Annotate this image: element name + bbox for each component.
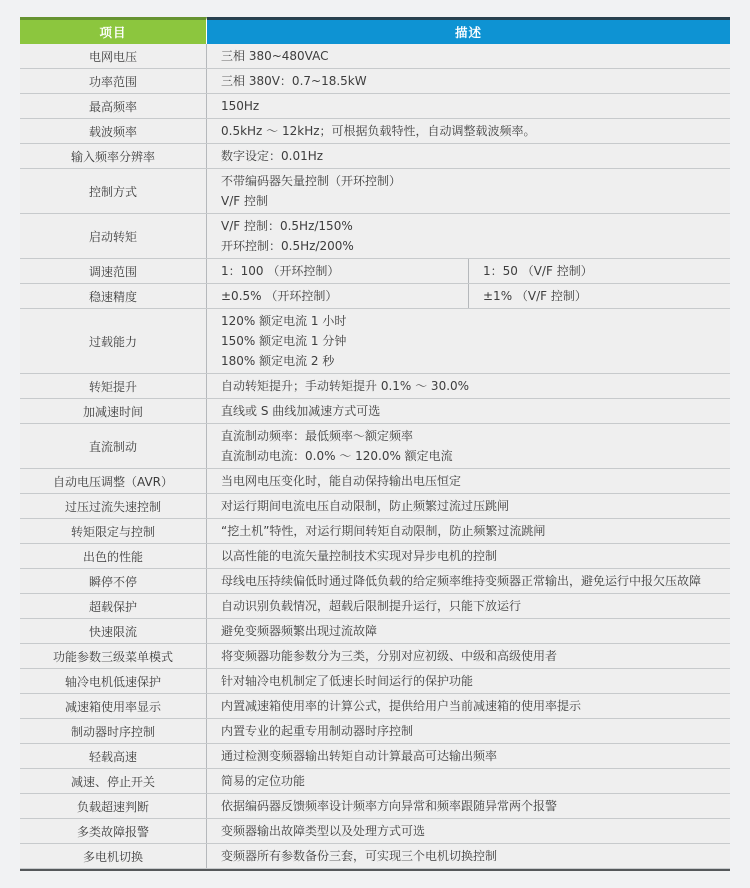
table-row: 多电机切换变频器所有参数备份三套，可实现三个电机切换控制 xyxy=(20,844,730,869)
desc-line: 直流制动电流：0.0% ～ 120.0% 额定电流 xyxy=(221,446,730,466)
desc-cell: 避免变频器频繁出现过流故障 xyxy=(207,619,730,643)
table-body: 电网电压三相 380~480VAC功率范围三相 380V：0.7~18.5kW最… xyxy=(20,44,730,871)
desc-cell: V/F 控制：0.5Hz/150%开环控制：0.5Hz/200% xyxy=(207,214,730,258)
item-cell: 轴冷电机低速保护 xyxy=(20,669,207,693)
table-row: 负载超速判断依据编码器反馈频率设计频率方向异常和频率跟随异常两个报警 xyxy=(20,794,730,819)
item-cell: 快速限流 xyxy=(20,619,207,643)
desc-cell: 变频器输出故障类型以及处理方式可选 xyxy=(207,819,730,843)
desc-cell: 以高性能的电流矢量控制技术实现对异步电机的控制 xyxy=(207,544,730,568)
desc-subcell-left: ±0.5% （开环控制） xyxy=(207,284,468,308)
desc-subcell-left: 1：100 （开环控制） xyxy=(207,259,468,283)
table-row: 轴冷电机低速保护针对轴冷电机制定了低速长时间运行的保护功能 xyxy=(20,669,730,694)
desc-line: 0.5kHz ～ 12kHz；可根据负载特性，自动调整载波频率。 xyxy=(221,121,730,141)
desc-line: 内置专业的起重专用制动器时序控制 xyxy=(221,721,730,741)
desc-line: 通过检测变频器输出转矩自动计算最高可达输出频率 xyxy=(221,746,730,766)
desc-cell: 直流制动频率：最低频率～额定频率直流制动电流：0.0% ～ 120.0% 额定电… xyxy=(207,424,730,468)
table-row: 直流制动直流制动频率：最低频率～额定频率直流制动电流：0.0% ～ 120.0%… xyxy=(20,424,730,469)
table-row: 自动电压调整（AVR）当电网电压变化时，能自动保持输出电压恒定 xyxy=(20,469,730,494)
desc-cell: 简易的定位功能 xyxy=(207,769,730,793)
item-cell: 出色的性能 xyxy=(20,544,207,568)
desc-cell: 内置专业的起重专用制动器时序控制 xyxy=(207,719,730,743)
item-cell: 转矩限定与控制 xyxy=(20,519,207,543)
desc-cell: 不带编码器矢量控制（开环控制）V/F 控制 xyxy=(207,169,730,213)
spec-table: 项目 描述 电网电压三相 380~480VAC功率范围三相 380V：0.7~1… xyxy=(20,17,730,871)
desc-cell: 直线或 S 曲线加减速方式可选 xyxy=(207,399,730,423)
item-cell: 调速范围 xyxy=(20,259,207,283)
desc-subcell-right: 1：50 （V/F 控制） xyxy=(468,259,730,283)
item-cell: 制动器时序控制 xyxy=(20,719,207,743)
desc-line: 当电网电压变化时，能自动保持输出电压恒定 xyxy=(221,471,730,491)
desc-cell: 变频器所有参数备份三套，可实现三个电机切换控制 xyxy=(207,844,730,868)
desc-cell: 数字设定：0.01Hz xyxy=(207,144,730,168)
desc-line: 以高性能的电流矢量控制技术实现对异步电机的控制 xyxy=(221,546,730,566)
desc-cell: ±0.5% （开环控制）±1% （V/F 控制） xyxy=(207,284,730,308)
item-cell: 轻载高速 xyxy=(20,744,207,768)
table-row: 出色的性能以高性能的电流矢量控制技术实现对异步电机的控制 xyxy=(20,544,730,569)
table-row: 快速限流避免变频器频繁出现过流故障 xyxy=(20,619,730,644)
header-desc-cell: 描述 xyxy=(207,17,730,44)
item-cell: 控制方式 xyxy=(20,169,207,213)
desc-cell: 针对轴冷电机制定了低速长时间运行的保护功能 xyxy=(207,669,730,693)
desc-line: 120% 额定电流 1 小时 xyxy=(221,311,730,331)
table-row: 稳速精度±0.5% （开环控制）±1% （V/F 控制） xyxy=(20,284,730,309)
table-header-row: 项目 描述 xyxy=(20,17,730,44)
desc-line: 针对轴冷电机制定了低速长时间运行的保护功能 xyxy=(221,671,730,691)
desc-cell: 自动识别负载情况，超载后限制提升运行，只能下放运行 xyxy=(207,594,730,618)
table-row: 瞬停不停母线电压持续偏低时通过降低负载的给定频率维持变频器正常输出，避免运行中报… xyxy=(20,569,730,594)
table-row: 控制方式不带编码器矢量控制（开环控制）V/F 控制 xyxy=(20,169,730,214)
table-row: 功率范围三相 380V：0.7~18.5kW xyxy=(20,69,730,94)
desc-line: 依据编码器反馈频率设计频率方向异常和频率跟随异常两个报警 xyxy=(221,796,730,816)
desc-line: 150Hz xyxy=(221,96,730,116)
item-cell: 多类故障报警 xyxy=(20,819,207,843)
desc-cell: 三相 380V：0.7~18.5kW xyxy=(207,69,730,93)
desc-cell: 120% 额定电流 1 小时150% 额定电流 1 分钟180% 额定电流 2 … xyxy=(207,309,730,373)
desc-line: 将变频器功能参数分为三类，分别对应初级、中级和高级使用者 xyxy=(221,646,730,666)
desc-cell: 0.5kHz ～ 12kHz；可根据负载特性，自动调整载波频率。 xyxy=(207,119,730,143)
table-row: 过压过流失速控制对运行期间电流电压自动限制，防止频繁过流过压跳闸 xyxy=(20,494,730,519)
item-cell: 功能参数三级菜单模式 xyxy=(20,644,207,668)
table-row: 加减速时间直线或 S 曲线加减速方式可选 xyxy=(20,399,730,424)
desc-line: 母线电压持续偏低时通过降低负载的给定频率维持变频器正常输出，避免运行中报欠压故障 xyxy=(221,571,730,591)
table-row: 减速、停止开关简易的定位功能 xyxy=(20,769,730,794)
item-cell: 载波频率 xyxy=(20,119,207,143)
desc-line: 变频器所有参数备份三套，可实现三个电机切换控制 xyxy=(221,846,730,866)
desc-line: “挖土机”特性，对运行期间转矩自动限制，防止频繁过流跳闸 xyxy=(221,521,730,541)
item-cell: 输入频率分辨率 xyxy=(20,144,207,168)
desc-cell: 将变频器功能参数分为三类，分别对应初级、中级和高级使用者 xyxy=(207,644,730,668)
desc-line: 避免变频器频繁出现过流故障 xyxy=(221,621,730,641)
desc-cell: 母线电压持续偏低时通过降低负载的给定频率维持变频器正常输出，避免运行中报欠压故障 xyxy=(207,569,730,593)
table-row: 多类故障报警变频器输出故障类型以及处理方式可选 xyxy=(20,819,730,844)
table-row: 超载保护自动识别负载情况，超载后限制提升运行，只能下放运行 xyxy=(20,594,730,619)
desc-cell: 内置减速箱使用率的计算公式，提供给用户当前减速箱的使用率提示 xyxy=(207,694,730,718)
table-row: 转矩限定与控制“挖土机”特性，对运行期间转矩自动限制，防止频繁过流跳闸 xyxy=(20,519,730,544)
table-row: 调速范围1：100 （开环控制）1：50 （V/F 控制） xyxy=(20,259,730,284)
item-cell: 瞬停不停 xyxy=(20,569,207,593)
item-cell: 稳速精度 xyxy=(20,284,207,308)
desc-line: 三相 380~480VAC xyxy=(221,46,730,66)
item-cell: 过载能力 xyxy=(20,309,207,373)
desc-cell: “挖土机”特性，对运行期间转矩自动限制，防止频繁过流跳闸 xyxy=(207,519,730,543)
desc-line: 三相 380V：0.7~18.5kW xyxy=(221,71,730,91)
desc-cell: 当电网电压变化时，能自动保持输出电压恒定 xyxy=(207,469,730,493)
desc-line: 自动识别负载情况，超载后限制提升运行，只能下放运行 xyxy=(221,596,730,616)
desc-cell: 对运行期间电流电压自动限制，防止频繁过流过压跳闸 xyxy=(207,494,730,518)
table-row: 启动转矩V/F 控制：0.5Hz/150%开环控制：0.5Hz/200% xyxy=(20,214,730,259)
desc-line: V/F 控制 xyxy=(221,191,730,211)
desc-line: V/F 控制：0.5Hz/150% xyxy=(221,216,730,236)
desc-cell: 150Hz xyxy=(207,94,730,118)
item-cell: 最高频率 xyxy=(20,94,207,118)
desc-line: 自动转矩提升；手动转矩提升 0.1% ～ 30.0% xyxy=(221,376,730,396)
item-cell: 多电机切换 xyxy=(20,844,207,868)
desc-cell: 三相 380~480VAC xyxy=(207,44,730,68)
item-cell: 过压过流失速控制 xyxy=(20,494,207,518)
table-row: 过载能力120% 额定电流 1 小时150% 额定电流 1 分钟180% 额定电… xyxy=(20,309,730,374)
item-cell: 启动转矩 xyxy=(20,214,207,258)
desc-line: 数字设定：0.01Hz xyxy=(221,146,730,166)
item-cell: 转矩提升 xyxy=(20,374,207,398)
desc-line: 直线或 S 曲线加减速方式可选 xyxy=(221,401,730,421)
item-cell: 超载保护 xyxy=(20,594,207,618)
item-cell: 负载超速判断 xyxy=(20,794,207,818)
table-row: 制动器时序控制内置专业的起重专用制动器时序控制 xyxy=(20,719,730,744)
item-cell: 直流制动 xyxy=(20,424,207,468)
table-row: 输入频率分辨率数字设定：0.01Hz xyxy=(20,144,730,169)
table-row: 转矩提升自动转矩提升；手动转矩提升 0.1% ～ 30.0% xyxy=(20,374,730,399)
item-cell: 减速、停止开关 xyxy=(20,769,207,793)
table-row: 载波频率0.5kHz ～ 12kHz；可根据负载特性，自动调整载波频率。 xyxy=(20,119,730,144)
table-row: 电网电压三相 380~480VAC xyxy=(20,44,730,69)
item-cell: 减速箱使用率显示 xyxy=(20,694,207,718)
table-row: 减速箱使用率显示内置减速箱使用率的计算公式，提供给用户当前减速箱的使用率提示 xyxy=(20,694,730,719)
header-item-cell: 项目 xyxy=(20,17,207,44)
table-row: 最高频率150Hz xyxy=(20,94,730,119)
desc-line: 变频器输出故障类型以及处理方式可选 xyxy=(221,821,730,841)
item-cell: 加减速时间 xyxy=(20,399,207,423)
desc-line: 内置减速箱使用率的计算公式，提供给用户当前减速箱的使用率提示 xyxy=(221,696,730,716)
table-row: 轻载高速通过检测变频器输出转矩自动计算最高可达输出频率 xyxy=(20,744,730,769)
desc-line: 不带编码器矢量控制（开环控制） xyxy=(221,171,730,191)
desc-line: 150% 额定电流 1 分钟 xyxy=(221,331,730,351)
table-row: 功能参数三级菜单模式将变频器功能参数分为三类，分别对应初级、中级和高级使用者 xyxy=(20,644,730,669)
desc-cell: 依据编码器反馈频率设计频率方向异常和频率跟随异常两个报警 xyxy=(207,794,730,818)
item-cell: 电网电压 xyxy=(20,44,207,68)
desc-line: 对运行期间电流电压自动限制，防止频繁过流过压跳闸 xyxy=(221,496,730,516)
desc-cell: 通过检测变频器输出转矩自动计算最高可达输出频率 xyxy=(207,744,730,768)
desc-line: 直流制动频率：最低频率～额定频率 xyxy=(221,426,730,446)
desc-line: 180% 额定电流 2 秒 xyxy=(221,351,730,371)
desc-line: 开环控制：0.5Hz/200% xyxy=(221,236,730,256)
desc-subcell-right: ±1% （V/F 控制） xyxy=(468,284,730,308)
desc-cell: 自动转矩提升；手动转矩提升 0.1% ～ 30.0% xyxy=(207,374,730,398)
desc-cell: 1：100 （开环控制）1：50 （V/F 控制） xyxy=(207,259,730,283)
desc-line: 简易的定位功能 xyxy=(221,771,730,791)
item-cell: 自动电压调整（AVR） xyxy=(20,469,207,493)
item-cell: 功率范围 xyxy=(20,69,207,93)
